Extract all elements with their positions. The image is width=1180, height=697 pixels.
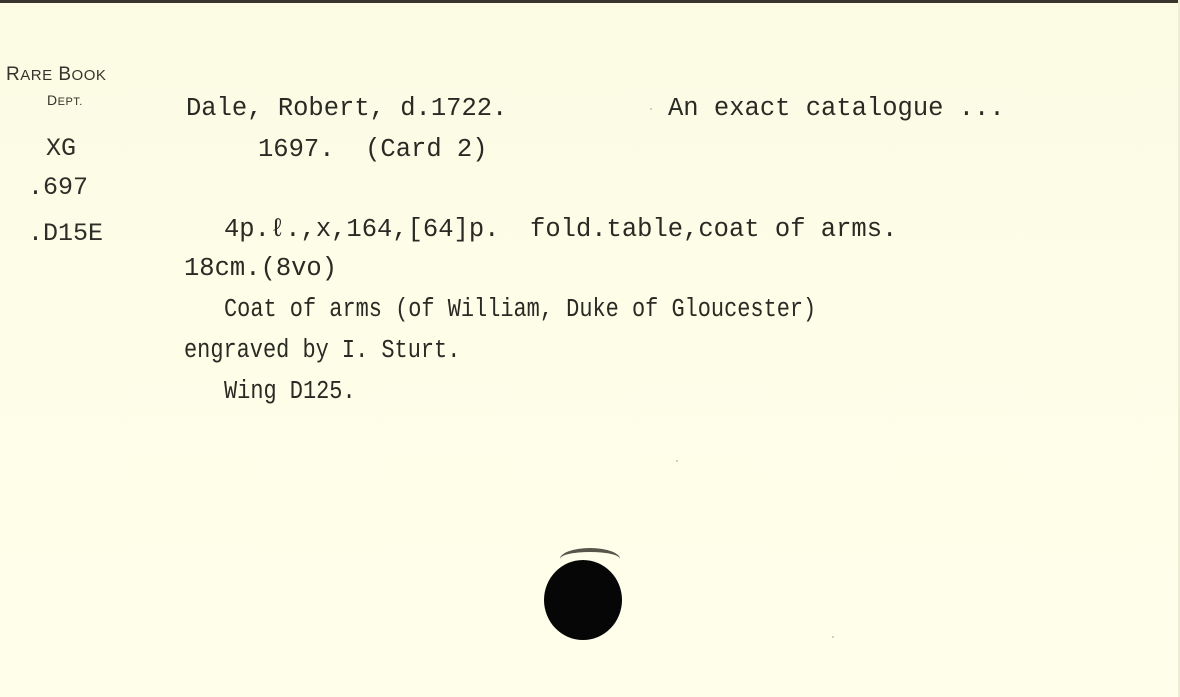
note-coat-of-arms: Coat of arms (of William, Duke of Glouce… [224, 297, 913, 323]
call-number-cutter: .D15E [28, 221, 103, 246]
department-stamp-line2: DEPT. [47, 92, 83, 108]
call-number-subclass: .697 [28, 175, 88, 200]
title-statement: An exact catalogue ... [668, 96, 1005, 122]
paper-speck [676, 460, 678, 462]
author-heading: Dale, Robert, d.1722. [186, 96, 507, 122]
card-top-edge [0, 0, 1180, 3]
department-stamp-line1: RARE BOOK [6, 64, 106, 86]
imprint-date: 1697. (Card 2) [258, 137, 488, 163]
punch-hole [544, 560, 622, 640]
size-format: 18cm.(8vo) [184, 256, 337, 282]
collation: 4p.ℓ.,x,164,[64]p. fold.table,coat of ar… [224, 217, 897, 243]
note-engraver: engraved by I. Sturt. [184, 338, 505, 364]
paper-speck [832, 636, 834, 638]
call-number-class: XG [46, 136, 76, 161]
paper-speck [650, 108, 652, 110]
note-wing-reference: Wing D125. [224, 379, 377, 405]
catalog-card: RARE BOOK DEPT. XG .697 .D15E Dale, Robe… [0, 0, 1180, 697]
